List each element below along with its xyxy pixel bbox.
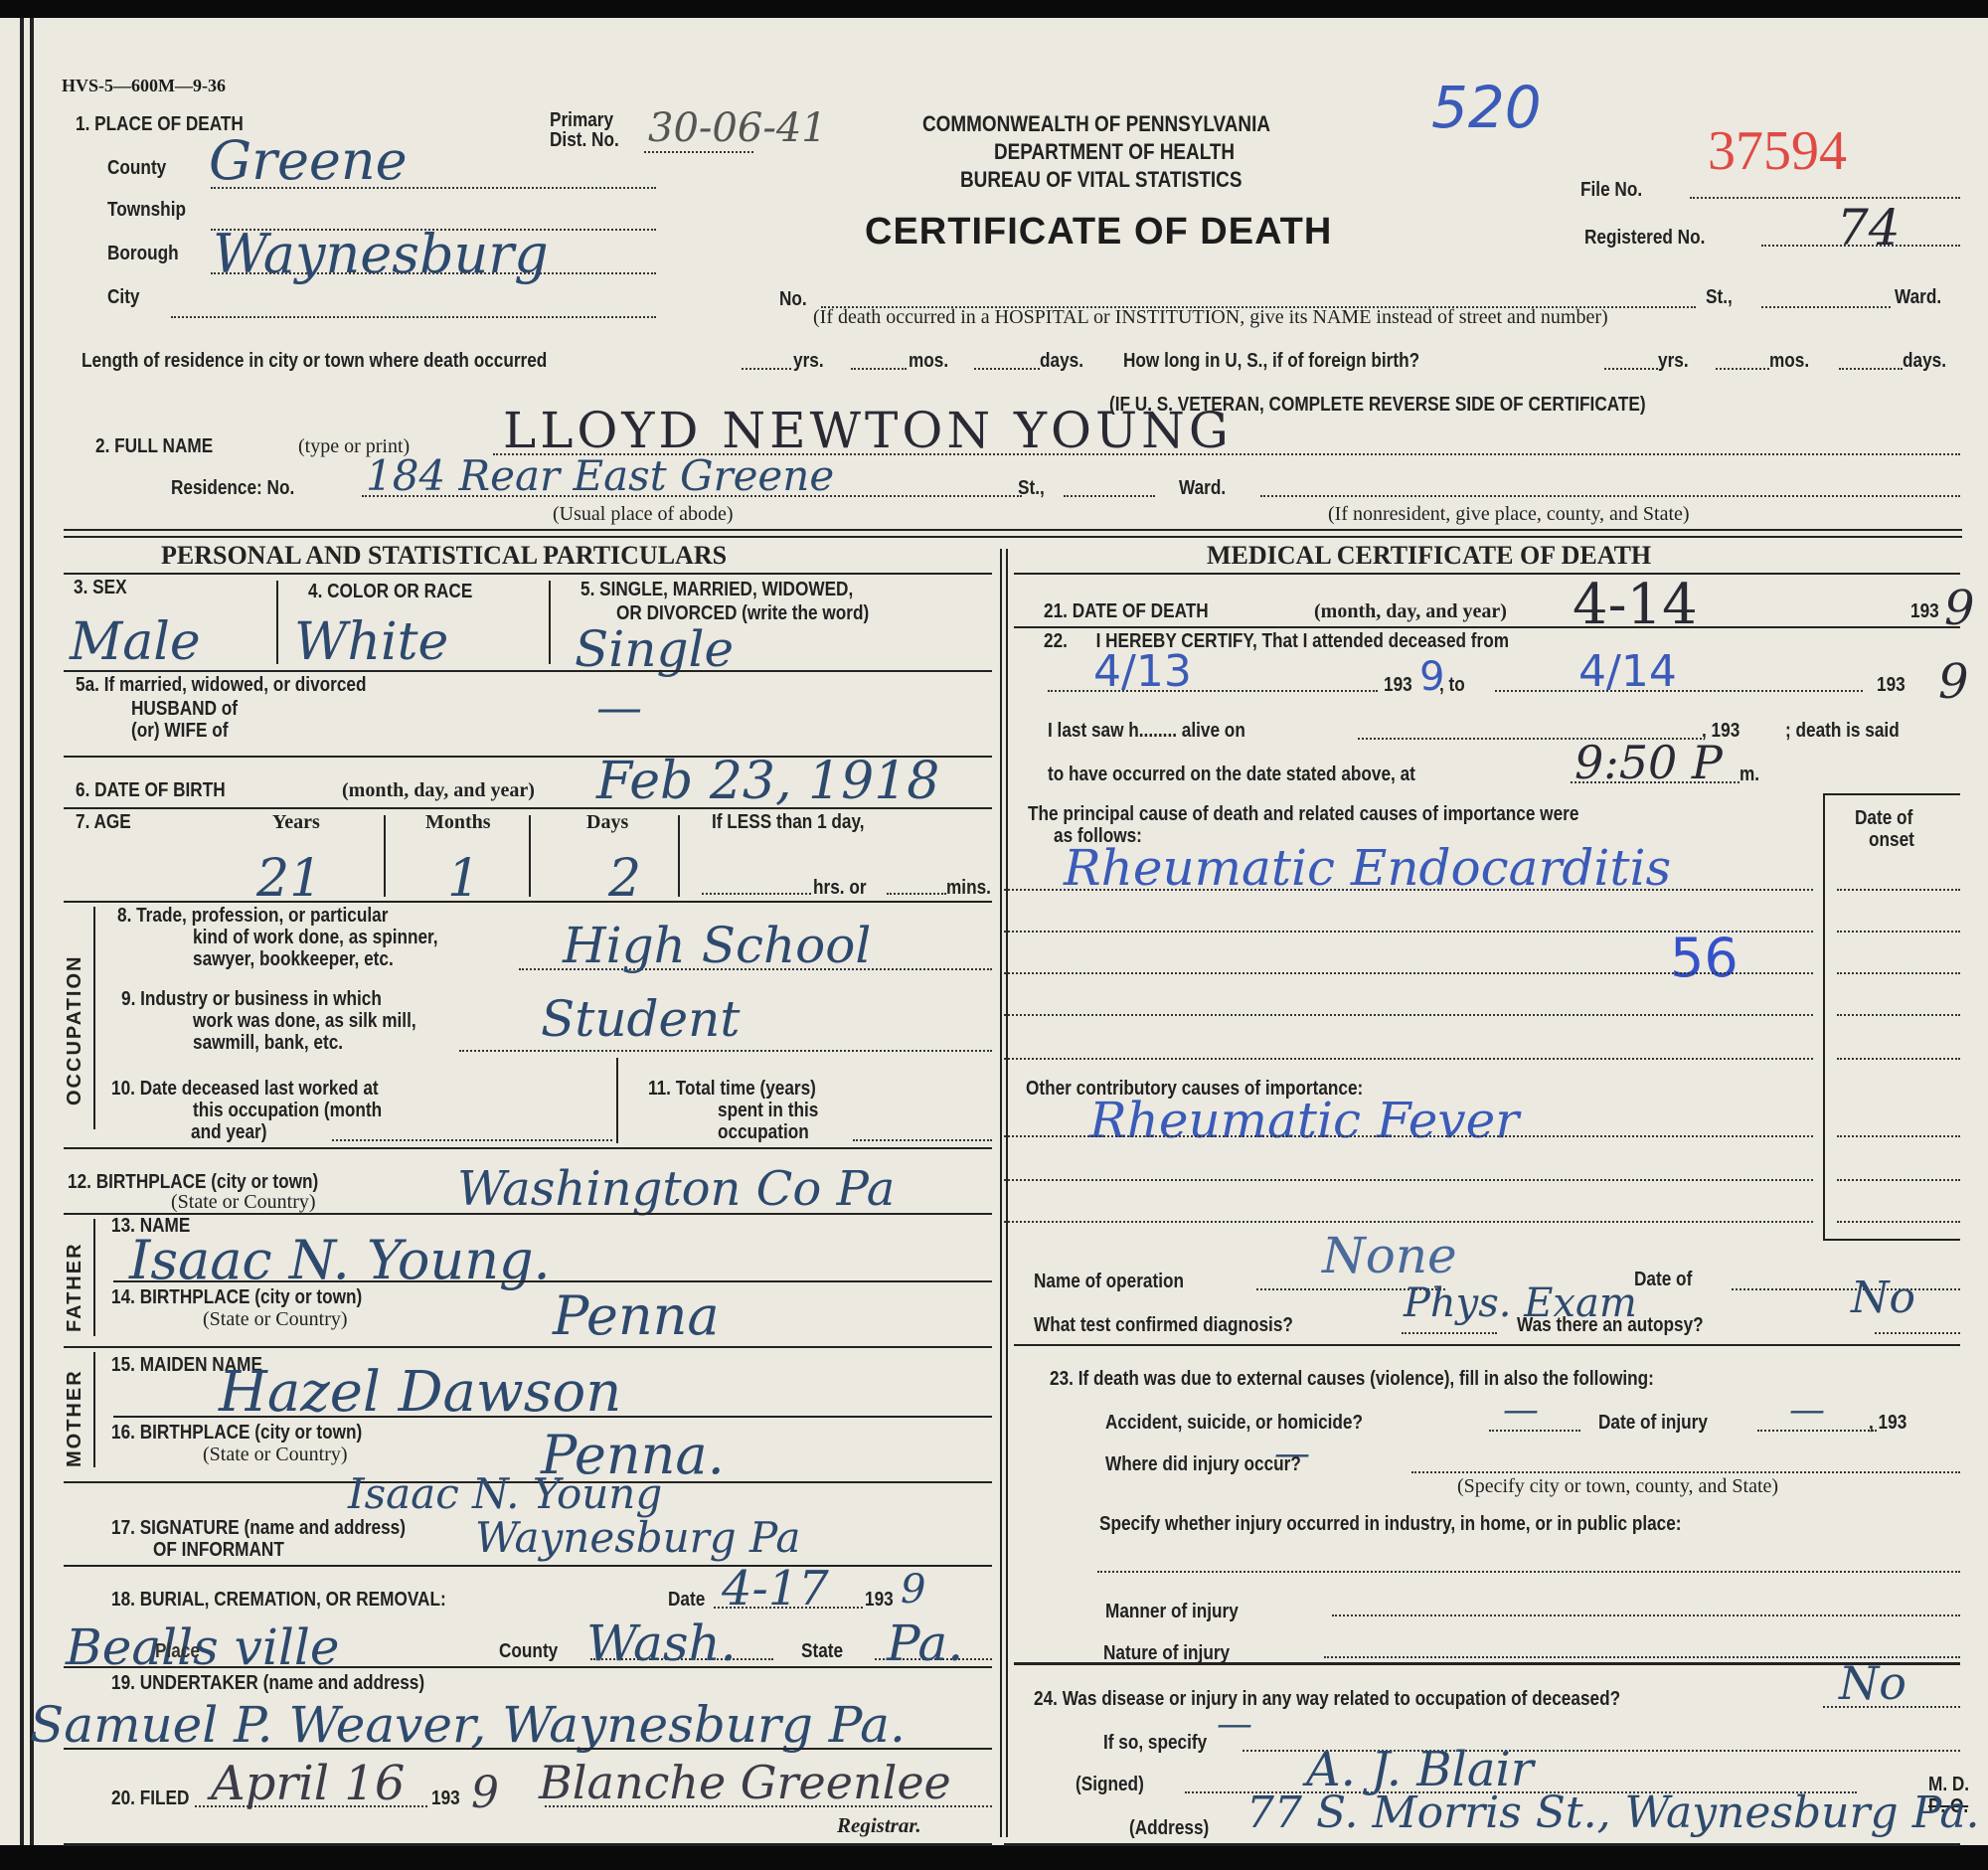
occupation-related-value[interactable]: No bbox=[1839, 1656, 1906, 1710]
external-label: 23. If death was due to external causes … bbox=[1050, 1368, 1654, 1391]
for-yrs-line bbox=[1604, 368, 1658, 370]
race-label: 4. COLOR OR RACE bbox=[308, 581, 472, 603]
attended-to-digit[interactable]: 9 bbox=[1938, 654, 1969, 710]
trade-label-1: 8. Trade, profession, or particular bbox=[117, 905, 388, 928]
total-time-label-1: 11. Total time (years) bbox=[648, 1078, 816, 1101]
informant-label-1: 17. SIGNATURE (name and address) bbox=[111, 1517, 406, 1540]
residence-label: Residence: No. bbox=[171, 477, 294, 500]
rule bbox=[616, 1058, 618, 1143]
where-label: Where did injury occur? bbox=[1105, 1453, 1301, 1476]
file-no-line bbox=[1690, 197, 1960, 199]
father-birthplace-note: (State or Country) bbox=[203, 1308, 348, 1331]
sex-value[interactable]: Male bbox=[70, 612, 201, 672]
rule bbox=[1014, 1344, 1960, 1346]
time-value[interactable]: 9:50 P bbox=[1574, 736, 1723, 789]
burial-year-prefix: 193 bbox=[865, 1589, 894, 1612]
rule bbox=[113, 1280, 992, 1282]
last-worked-label-2: this occupation (month bbox=[193, 1100, 382, 1122]
rule bbox=[64, 1666, 992, 1668]
death-said-label: ; death is said bbox=[1785, 720, 1900, 743]
township-label: Township bbox=[107, 199, 186, 222]
date-of-line bbox=[1732, 1288, 1960, 1290]
attended-to-year: 193 bbox=[1877, 674, 1905, 697]
onset-line-7 bbox=[1837, 1179, 1960, 1181]
rule bbox=[64, 1147, 992, 1149]
onset-line-3 bbox=[1837, 972, 1960, 974]
informant-value-1[interactable]: Isaac N. Young bbox=[348, 1469, 662, 1518]
father-birthplace-value[interactable]: Penna bbox=[553, 1284, 720, 1347]
rule bbox=[64, 1213, 992, 1215]
birthplace-value[interactable]: Washington Co Pa bbox=[457, 1161, 895, 1217]
signed-label: (Signed) bbox=[1076, 1774, 1144, 1796]
other-line-3 bbox=[1004, 1221, 1813, 1223]
accident-value[interactable]: — bbox=[1503, 1390, 1539, 1431]
header-commonwealth: COMMONWEALTH OF PENNSYLVANIA bbox=[922, 111, 1270, 137]
total-time-label-2: spent in this bbox=[718, 1100, 818, 1122]
burial-county-label: County bbox=[499, 1640, 558, 1663]
father-birthplace-label: 14. BIRTHPLACE (city or town) bbox=[111, 1286, 362, 1309]
informant-value-2[interactable]: Waynesburg Pa bbox=[475, 1513, 800, 1562]
principal-label-1: The principal cause of death and related… bbox=[1028, 803, 1578, 826]
cause-code-value: 56 bbox=[1670, 927, 1739, 989]
industry-label-3: sawmill, bank, etc. bbox=[193, 1032, 343, 1055]
column-divider bbox=[1000, 549, 1002, 1837]
age-years-value[interactable]: 21 bbox=[256, 849, 322, 909]
other-line-1 bbox=[1004, 1135, 1813, 1137]
registrar-label: Registrar. bbox=[837, 1813, 921, 1838]
registrar-value[interactable]: Blanche Greenlee bbox=[539, 1756, 951, 1809]
age-mins-label: mins. bbox=[946, 877, 991, 900]
for-yrs-label: yrs. bbox=[1658, 350, 1689, 373]
onset-line-8 bbox=[1837, 1221, 1960, 1223]
age-months-label: Months bbox=[425, 811, 491, 834]
cause-line-4 bbox=[1004, 1014, 1813, 1016]
attended-from-value[interactable]: 4/13 bbox=[1093, 646, 1192, 697]
file-no-label: File No. bbox=[1580, 179, 1642, 202]
trade-value[interactable]: High School bbox=[563, 917, 871, 974]
left-border-inner bbox=[30, 18, 34, 1845]
foreign-label: How long in U, S., if of foreign birth? bbox=[1123, 350, 1419, 373]
accident-label: Accident, suicide, or homicide? bbox=[1105, 1412, 1363, 1435]
rule bbox=[93, 1219, 95, 1336]
street-no-label: No. bbox=[779, 288, 807, 311]
burial-year-digit[interactable]: 9 bbox=[901, 1567, 925, 1613]
mins-line bbox=[887, 893, 946, 895]
industry-value[interactable]: Student bbox=[541, 990, 740, 1048]
age-days-value[interactable]: 2 bbox=[608, 849, 641, 909]
undertaker-label: 19. UNDERTAKER (name and address) bbox=[111, 1672, 424, 1695]
other-line-2 bbox=[1004, 1179, 1813, 1181]
dob-note: (month, day, and year) bbox=[342, 779, 535, 802]
address-label: (Address) bbox=[1129, 1817, 1209, 1840]
res-mos-line bbox=[851, 368, 907, 370]
dod-label: 21. DATE OF DEATH bbox=[1044, 600, 1209, 623]
rule bbox=[384, 815, 386, 897]
res-yrs-label: yrs. bbox=[793, 350, 824, 373]
rule bbox=[276, 581, 278, 664]
onset-label-1: Date of bbox=[1855, 807, 1912, 830]
trade-label-3: sawyer, bookkeeper, etc. bbox=[193, 948, 394, 971]
rule bbox=[113, 1416, 992, 1418]
industry-line bbox=[459, 1050, 992, 1052]
residence-value[interactable]: 184 Rear East Greene bbox=[366, 451, 834, 500]
borough-label: Borough bbox=[107, 243, 179, 265]
attended-to-value[interactable]: 4/14 bbox=[1578, 646, 1677, 697]
occupation-side-label: OCCUPATION bbox=[64, 955, 86, 1105]
spouse-label-1: 5a. If married, widowed, or divorced bbox=[76, 674, 366, 697]
onset-line-2 bbox=[1837, 931, 1960, 933]
manner-label: Manner of injury bbox=[1105, 1601, 1239, 1623]
age-years-label: Years bbox=[272, 811, 320, 834]
spouse-value[interactable]: — bbox=[596, 680, 642, 734]
dob-label: 6. DATE OF BIRTH bbox=[76, 779, 226, 802]
injury-year: , 193 bbox=[1869, 1412, 1906, 1435]
st-line bbox=[1761, 306, 1891, 308]
total-time-label-3: occupation bbox=[718, 1121, 809, 1144]
address-value[interactable]: 77 S. Morris St., Waynesburg Pa. bbox=[1246, 1787, 1980, 1838]
certificate-title: CERTIFICATE OF DEATH bbox=[865, 211, 1332, 254]
residence-length-label: Length of residence in city or town wher… bbox=[82, 350, 547, 373]
injury-date-value[interactable]: — bbox=[1789, 1390, 1825, 1431]
for-days-label: days. bbox=[1903, 350, 1946, 373]
date-of-label: Date of bbox=[1634, 1269, 1692, 1291]
burial-state-label: State bbox=[801, 1640, 843, 1663]
res-mos-label: mos. bbox=[909, 350, 948, 373]
manner-line bbox=[1332, 1615, 1960, 1616]
filed-year-digit[interactable]: 9 bbox=[471, 1768, 499, 1818]
abode-note: (Usual place of abode) bbox=[553, 503, 734, 526]
onset-column-divider bbox=[1823, 793, 1825, 1241]
county-value[interactable]: Greene bbox=[209, 129, 408, 192]
trade-label-2: kind of work done, as spinner, bbox=[193, 927, 438, 949]
dod-year-prefix: 193 bbox=[1910, 600, 1939, 623]
county-label: County bbox=[107, 157, 166, 180]
cause-line-3 bbox=[1004, 972, 1813, 974]
undertaker-value[interactable]: Samuel P. Weaver, Waynesburg Pa. bbox=[30, 1696, 906, 1754]
onset-line-1 bbox=[1837, 889, 1960, 891]
where-line bbox=[1411, 1471, 1960, 1473]
residence-ward-line bbox=[1260, 495, 1960, 497]
residence-ward-label: Ward. bbox=[1179, 477, 1226, 500]
handwritten-number: 520 bbox=[1431, 74, 1542, 141]
rule bbox=[1004, 1843, 1960, 1846]
personal-section-title: PERSONAL AND STATISTICAL PARTICULARS bbox=[161, 541, 727, 571]
last-worked-label-1: 10. Date deceased last worked at bbox=[111, 1078, 379, 1101]
dod-note: (month, day, and year) bbox=[1314, 600, 1507, 623]
spouse-label-3: (or) WIFE of bbox=[131, 720, 228, 743]
for-mos-label: mos. bbox=[1769, 350, 1809, 373]
residence-st-line bbox=[1064, 495, 1155, 497]
test-label: What test confirmed diagnosis? bbox=[1034, 1314, 1293, 1337]
where-note: (Specify city or town, county, and State… bbox=[1457, 1475, 1778, 1498]
rule bbox=[64, 901, 992, 903]
specify-place-line bbox=[1097, 1571, 1960, 1573]
total-time-line bbox=[853, 1139, 992, 1141]
registered-no-label: Registered No. bbox=[1584, 227, 1705, 250]
to-label: , to bbox=[1439, 674, 1465, 697]
onset-line-5 bbox=[1837, 1058, 1960, 1060]
father-side-label: FATHER bbox=[64, 1242, 86, 1332]
specify-place-label: Specify whether injury occurred in indus… bbox=[1099, 1513, 1682, 1536]
hrs-line bbox=[702, 893, 811, 895]
mother-birthplace-note: (State or Country) bbox=[203, 1444, 348, 1466]
rule bbox=[93, 1352, 95, 1467]
attended-to-line bbox=[1495, 690, 1863, 692]
attended-from-year: 193 bbox=[1384, 674, 1412, 697]
age-hrs-label: hrs. or bbox=[813, 877, 867, 900]
full-name-label: 2. FULL NAME bbox=[95, 435, 213, 458]
column-divider-2 bbox=[1006, 549, 1008, 1837]
if-so-label: If so, specify bbox=[1103, 1732, 1207, 1755]
age-less-label: If LESS than 1 day, bbox=[712, 811, 865, 834]
rule bbox=[1014, 573, 1960, 575]
burial-label: 18. BURIAL, CREMATION, OR REMOVAL: bbox=[111, 1589, 446, 1612]
test-line bbox=[1402, 1332, 1497, 1334]
race-value[interactable]: White bbox=[294, 612, 448, 672]
rule bbox=[64, 1565, 992, 1567]
industry-label-1: 9. Industry or business in which bbox=[121, 988, 382, 1011]
header-department: DEPARTMENT OF HEALTH bbox=[994, 139, 1235, 165]
m-label: m. bbox=[1739, 764, 1759, 786]
spouse-label-2: HUSBAND of bbox=[131, 698, 238, 721]
stamp-number: 37594 bbox=[1708, 119, 1847, 183]
if-so-value[interactable]: — bbox=[1217, 1704, 1252, 1745]
last-saw-label: I last saw h........ alive on bbox=[1048, 720, 1245, 743]
age-label: 7. AGE bbox=[76, 811, 131, 834]
res-days-line bbox=[974, 368, 1040, 370]
last-worked-label-3: and year) bbox=[191, 1121, 266, 1144]
autopsy-label: Was there an autopsy? bbox=[1517, 1314, 1704, 1337]
burial-county-value[interactable]: Wash. bbox=[586, 1615, 737, 1672]
hospital-note: (If death occurred in a HOSPITAL or INST… bbox=[813, 306, 1608, 329]
city-label: City bbox=[107, 286, 140, 309]
form-code: HVS-5—600M—9-36 bbox=[62, 76, 226, 96]
last-worked-line bbox=[332, 1139, 612, 1141]
burial-place-label: Place bbox=[155, 1640, 200, 1663]
header-bureau: BUREAU OF VITAL STATISTICS bbox=[960, 167, 1242, 193]
res-days-label: days. bbox=[1040, 350, 1083, 373]
rule bbox=[64, 1748, 992, 1750]
informant-label-2: OF INFORMANT bbox=[153, 1539, 284, 1562]
rule bbox=[64, 807, 992, 809]
burial-date-label: Date bbox=[668, 1589, 705, 1612]
industry-label-2: work was done, as silk mill, bbox=[193, 1010, 416, 1033]
age-days-label: Days bbox=[586, 811, 628, 834]
occupation-related-label: 24. Was disease or injury in any way rel… bbox=[1034, 1688, 1620, 1711]
rule bbox=[64, 670, 992, 672]
borough-value[interactable]: Waynesburg bbox=[213, 223, 549, 285]
filed-value[interactable]: April 16 bbox=[211, 1756, 405, 1811]
dist-no-line bbox=[644, 151, 753, 153]
mother-birthplace-label: 16. BIRTHPLACE (city or town) bbox=[111, 1422, 362, 1445]
residence-st-label: St., bbox=[1018, 477, 1045, 500]
rule bbox=[93, 907, 95, 1129]
rule bbox=[1825, 1239, 1960, 1241]
operation-label: Name of operation bbox=[1034, 1271, 1184, 1293]
operation-value[interactable]: None bbox=[1322, 1227, 1457, 1284]
rule bbox=[64, 573, 992, 575]
rule bbox=[549, 581, 551, 664]
rule bbox=[529, 815, 531, 897]
medical-section-title: MEDICAL CERTIFICATE OF DEATH bbox=[1207, 541, 1651, 571]
rule bbox=[678, 815, 680, 897]
rule bbox=[64, 1346, 992, 1348]
city-line bbox=[171, 316, 656, 318]
dist-no-label: Dist. No. bbox=[550, 129, 619, 152]
principal-cause-value[interactable]: Rheumatic Endocarditis bbox=[1064, 839, 1671, 897]
filed-label: 20. FILED bbox=[111, 1787, 189, 1810]
dist-no-value[interactable]: 30-06-41 bbox=[648, 105, 827, 151]
autopsy-value[interactable]: No bbox=[1851, 1273, 1915, 1323]
rule bbox=[1825, 793, 1960, 795]
cause-line-5 bbox=[1004, 1058, 1813, 1060]
burial-state-value[interactable]: Pa. bbox=[887, 1615, 963, 1672]
marital-label-1: 5. SINGLE, MARRIED, WIDOWED, bbox=[580, 579, 853, 601]
death-certificate: HVS-5—600M—9-36 1. PLACE OF DEATH County… bbox=[0, 18, 1988, 1845]
onset-line-4 bbox=[1837, 1014, 1960, 1016]
left-border bbox=[20, 18, 24, 1845]
other-causes-value[interactable]: Rheumatic Fever bbox=[1089, 1092, 1519, 1149]
sex-label: 3. SEX bbox=[74, 577, 127, 599]
st-label: St., bbox=[1706, 286, 1733, 309]
rule bbox=[64, 1843, 992, 1846]
where-value[interactable]: — bbox=[1274, 1434, 1310, 1474]
burial-date-value[interactable]: 4-17 bbox=[722, 1561, 829, 1616]
filed-year-prefix: 193 bbox=[431, 1787, 460, 1810]
section-divider bbox=[64, 529, 1962, 538]
birthplace-note: (State or Country) bbox=[171, 1191, 316, 1214]
injury-date-label: Date of injury bbox=[1598, 1412, 1708, 1435]
rule bbox=[1014, 626, 1960, 628]
ward-label: Ward. bbox=[1895, 286, 1941, 309]
age-months-value[interactable]: 1 bbox=[447, 849, 480, 909]
onset-label-2: onset bbox=[1869, 829, 1914, 852]
rule bbox=[1014, 1662, 1960, 1665]
registered-no-value[interactable]: 74 bbox=[1837, 199, 1901, 256]
for-mos-line bbox=[1716, 368, 1769, 370]
res-yrs-line bbox=[742, 368, 791, 370]
dob-value[interactable]: Feb 23, 1918 bbox=[596, 752, 939, 811]
mother-side-label: MOTHER bbox=[64, 1369, 86, 1467]
occurred-label: to have occurred on the date stated abov… bbox=[1048, 764, 1415, 786]
nonresident-note: (If nonresident, give place, county, and… bbox=[1328, 503, 1690, 526]
onset-line-6 bbox=[1837, 1135, 1960, 1137]
for-days-line bbox=[1839, 368, 1903, 370]
autopsy-line bbox=[1875, 1332, 1960, 1334]
